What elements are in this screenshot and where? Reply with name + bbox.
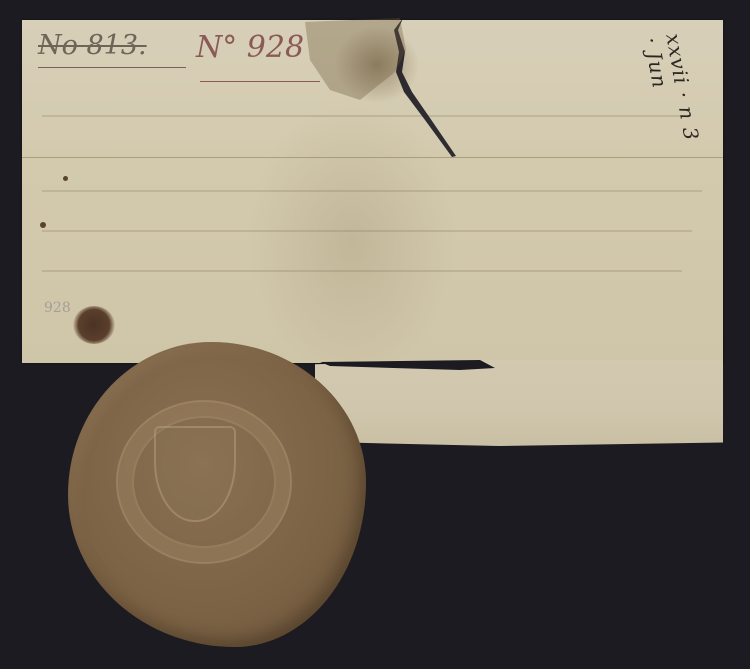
faded-text-line bbox=[42, 190, 702, 192]
seal-tag-strip bbox=[315, 360, 723, 446]
spot bbox=[63, 176, 68, 181]
new-shelfmark-underline bbox=[200, 81, 320, 82]
spot bbox=[40, 222, 46, 228]
faded-text-line bbox=[42, 115, 682, 117]
wax-seal bbox=[68, 342, 366, 647]
new-shelfmark: N° 928 bbox=[196, 30, 304, 65]
old-shelfmark-underline bbox=[38, 67, 186, 68]
ink-stain bbox=[73, 306, 115, 344]
old-shelfmark: No 813. bbox=[38, 30, 147, 61]
fold-crease bbox=[22, 157, 723, 158]
faded-text-line bbox=[42, 270, 682, 272]
faded-text-line bbox=[42, 230, 692, 232]
faint-pencil-number: 928 bbox=[44, 300, 71, 316]
margin-note: xxvii · n 3 · Jun bbox=[603, 32, 703, 155]
photo-scene: No 813. N° 928 xxvii · n 3 · Jun 928 bbox=[0, 0, 750, 669]
